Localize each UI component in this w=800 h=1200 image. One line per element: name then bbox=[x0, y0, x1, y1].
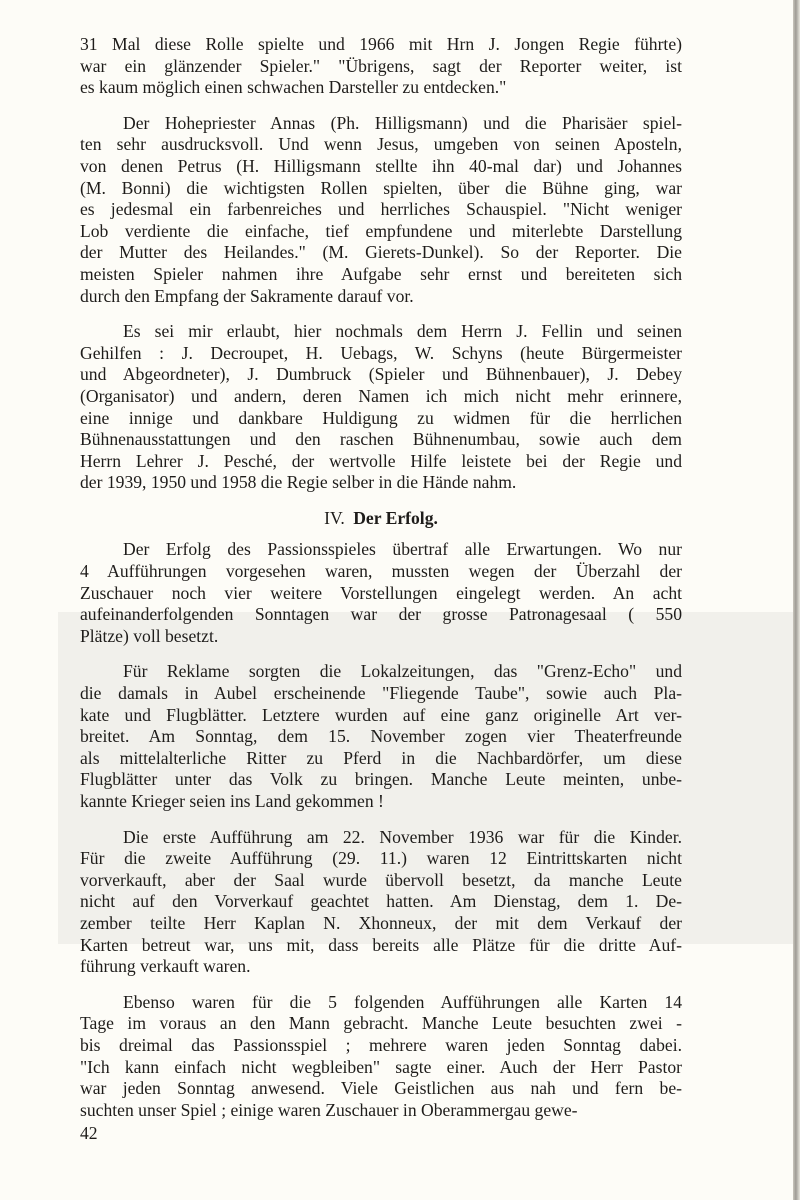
text-line: nicht auf den Vorverkauf geachtet hatten… bbox=[80, 891, 682, 913]
text-line: Bühnenausstattungen und den raschen Bühn… bbox=[80, 429, 682, 451]
text-line: Karten betreut war, uns mit, dass bereit… bbox=[80, 935, 682, 957]
text-line: führung verkauft waren. bbox=[80, 956, 682, 978]
text-line: Herrn Lehrer J. Pesché, der wertvolle Hi… bbox=[80, 451, 682, 473]
text-line: ten sehr ausdrucksvoll. Und wenn Jesus, … bbox=[80, 134, 682, 156]
paragraph: Die erste Aufführung am 22. November 193… bbox=[80, 827, 682, 978]
text-line: bis dreimal das Passionsspiel ; mehrere … bbox=[80, 1035, 682, 1057]
text-line: Der Erfolg des Passionsspieles übertraf … bbox=[80, 539, 682, 561]
text-line: (Organisator) und andern, deren Namen ic… bbox=[80, 386, 682, 408]
text-line: meisten Spieler nahmen ihre Aufgabe sehr… bbox=[80, 264, 682, 286]
text-line: eine innige und dankbare Huldigung zu wi… bbox=[80, 408, 682, 430]
text-line: von denen Petrus (H. Hilligsmann stellte… bbox=[80, 156, 682, 178]
text-line: vorverkauft, aber der Saal wurde übervol… bbox=[80, 870, 682, 892]
page-edge bbox=[793, 0, 800, 1200]
text-line: Gehilfen : J. Decroupet, H. Uebags, W. S… bbox=[80, 343, 682, 365]
text-line: zember teilte Herr Kaplan N. Xhonneux, d… bbox=[80, 913, 682, 935]
text-line: Für die zweite Aufführung (29. 11.) ware… bbox=[80, 848, 682, 870]
text-line: Plätze) voll besetzt. bbox=[80, 626, 682, 648]
paragraph: Der Erfolg des Passionsspieles übertraf … bbox=[80, 539, 682, 647]
section-number: IV. bbox=[324, 508, 345, 528]
text-line: Lob verdiente die einfache, tief empfund… bbox=[80, 221, 682, 243]
text-line: Für Reklame sorgten die Lokalzeitungen, … bbox=[80, 661, 682, 683]
text-line: war jeden Sonntag anwesend. Viele Geistl… bbox=[80, 1078, 682, 1100]
text-line: 31 Mal diese Rolle spielte und 1966 mit … bbox=[80, 34, 682, 56]
text-line: Flugblätter unter das Volk zu bringen. M… bbox=[80, 769, 682, 791]
text-line: Zuschauer noch vier weitere Vorstellunge… bbox=[80, 583, 682, 605]
text-line: Der Hohepriester Annas (Ph. Hilligsmann)… bbox=[80, 113, 682, 135]
text-line: der Mutter des Heilandes." (M. Gierets-D… bbox=[80, 242, 682, 264]
text-line: "Ich kann einfach nicht wegbleiben" sagt… bbox=[80, 1057, 682, 1079]
section-title: Der Erfolg. bbox=[353, 508, 438, 528]
text-line: es jedesmal ein farbenreiches und herrli… bbox=[80, 199, 682, 221]
text-line: aufeinanderfolgenden Sonntagen war der g… bbox=[80, 604, 682, 626]
body-text-before-heading: 31 Mal diese Rolle spielte und 1966 mit … bbox=[80, 34, 682, 494]
text-line: Die erste Aufführung am 22. November 193… bbox=[80, 827, 682, 849]
text-line: breitet. Am Sonntag, dem 15. November zo… bbox=[80, 726, 682, 748]
text-line: kannte Krieger seien ins Land gekommen ! bbox=[80, 791, 682, 813]
text-line: Tage im voraus an den Mann gebracht. Man… bbox=[80, 1013, 682, 1035]
text-line: als mittelalterliche Ritter zu Pferd in … bbox=[80, 748, 682, 770]
paragraph: Es sei mir erlaubt, hier nochmals dem He… bbox=[80, 321, 682, 494]
body-text-after-heading: Der Erfolg des Passionsspieles übertraf … bbox=[80, 539, 682, 1121]
text-line: und Abgeordneter), J. Dumbruck (Spieler … bbox=[80, 364, 682, 386]
text-line: die damals in Aubel erscheinende "Fliege… bbox=[80, 683, 682, 705]
page-number: 42 bbox=[80, 1123, 682, 1145]
paragraph: Für Reklame sorgten die Lokalzeitungen, … bbox=[80, 661, 682, 812]
section-heading: IV. Der Erfolg. bbox=[80, 508, 682, 530]
text-line: Ebenso waren für die 5 folgenden Aufführ… bbox=[80, 992, 682, 1014]
text-line: (M. Bonni) die wichtigsten Rollen spielt… bbox=[80, 178, 682, 200]
text-line: war ein glänzender Spieler." "Übrigens, … bbox=[80, 56, 682, 78]
text-line: durch den Empfang der Sakramente darauf … bbox=[80, 286, 682, 308]
text-column: 31 Mal diese Rolle spielte und 1966 mit … bbox=[80, 34, 682, 1145]
paragraph: 31 Mal diese Rolle spielte und 1966 mit … bbox=[80, 34, 682, 99]
text-line: kate und Flugblätter. Letztere wurden au… bbox=[80, 705, 682, 727]
paragraph: Der Hohepriester Annas (Ph. Hilligsmann)… bbox=[80, 113, 682, 307]
paragraph: Ebenso waren für die 5 folgenden Aufführ… bbox=[80, 992, 682, 1122]
text-line: Es sei mir erlaubt, hier nochmals dem He… bbox=[80, 321, 682, 343]
text-line: suchten unser Spiel ; einige waren Zusch… bbox=[80, 1100, 682, 1122]
text-line: der 1939, 1950 und 1958 die Regie selber… bbox=[80, 472, 682, 494]
text-line: 4 Aufführungen vorgesehen waren, mussten… bbox=[80, 561, 682, 583]
text-line: es kaum möglich einen schwachen Darstell… bbox=[80, 77, 682, 99]
